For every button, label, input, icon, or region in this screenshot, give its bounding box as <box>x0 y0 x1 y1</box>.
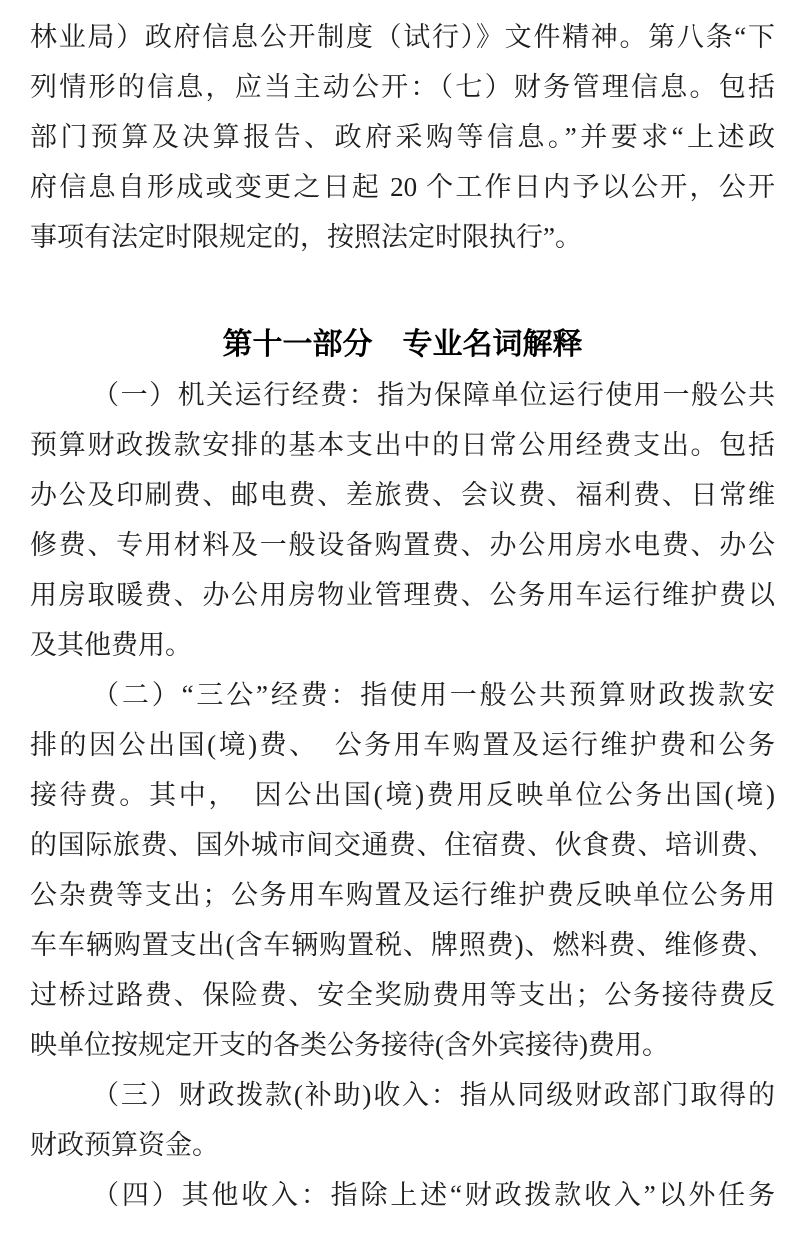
text-line: 部门预算及决算报告、政府采购等信息。”并要求“上述政 <box>30 112 775 162</box>
text-line: 修费、专用材料及一般设备购置费、办公用房水电费、办公 <box>30 520 775 570</box>
text-line: （四）其他收入：指除上述“财政拨款收入”以外任务 <box>30 1170 775 1220</box>
text-line: 林业局）政府信息公开制度（试行）》文件精神。第八条“下 <box>30 12 775 62</box>
document-body: 林业局）政府信息公开制度（试行）》文件精神。第八条“下列情形的信息，应当主动公开… <box>30 12 775 1220</box>
text-line: （一）机关运行经费：指为保障单位运行使用一般公共 <box>30 370 775 420</box>
text-line: 车车辆购置支出(含车辆购置税、牌照费)、燃料费、维修费、 <box>30 920 775 970</box>
text-line: 事项有法定时限规定的，按照法定时限执行”。 <box>30 212 775 262</box>
text-line: 财政预算资金。 <box>30 1120 775 1170</box>
paragraph-term-3: （三）财政拨款(补助)收入：指从同级财政部门取得的财政预算资金。 <box>30 1070 775 1170</box>
text-line: 预算财政拨款安排的基本支出中的日常公用经费支出。包括 <box>30 420 775 470</box>
text-line: 府信息自形成或变更之日起 20 个工作日内予以公开，公开 <box>30 162 775 212</box>
text-line: （三）财政拨款(补助)收入：指从同级财政部门取得的 <box>30 1070 775 1120</box>
text-line: 列情形的信息，应当主动公开：（七）财务管理信息。包括 <box>30 62 775 112</box>
text-line: 公杂费等支出；公务用车购置及运行维护费反映单位公务用 <box>30 870 775 920</box>
paragraph-term-2: （二）“三公”经费：指使用一般公共预算财政拨款安排的因公出国(境)费、 公务用车… <box>30 670 775 1070</box>
text-line: 映单位按规定开支的各类公务接待(含外宾接待)费用。 <box>30 1020 775 1070</box>
text-line: （二）“三公”经费：指使用一般公共预算财政拨款安 <box>30 670 775 720</box>
paragraph-term-1: （一）机关运行经费：指为保障单位运行使用一般公共预算财政拨款安排的基本支出中的日… <box>30 370 775 670</box>
paragraph-term-4: （四）其他收入：指除上述“财政拨款收入”以外任务 <box>30 1170 775 1220</box>
text-line: 用房取暖费、办公用房物业管理费、公务用车运行维护费以 <box>30 570 775 620</box>
text-line: 过桥过路费、保险费、安全奖励费用等支出；公务接待费反 <box>30 970 775 1020</box>
text-line: 办公及印刷费、邮电费、差旅费、会议费、福利费、日常维 <box>30 470 775 520</box>
text-line: 的国际旅费、国外城市间交通费、住宿费、伙食费、培训费、 <box>30 820 775 870</box>
paragraph-intro-continuation: 林业局）政府信息公开制度（试行）》文件精神。第八条“下列情形的信息，应当主动公开… <box>30 12 775 262</box>
text-line: 排的因公出国(境)费、 公务用车购置及运行维护费和公务 <box>30 720 775 770</box>
text-line: 接待费。其中， 因公出国(境)费用反映单位公务出国(境) <box>30 770 775 820</box>
section-heading: 第十一部分 专业名词解释 <box>30 320 775 370</box>
text-line: 及其他费用。 <box>30 620 775 670</box>
document-page: 林业局）政府信息公开制度（试行）》文件精神。第八条“下列情形的信息，应当主动公开… <box>0 0 806 1239</box>
